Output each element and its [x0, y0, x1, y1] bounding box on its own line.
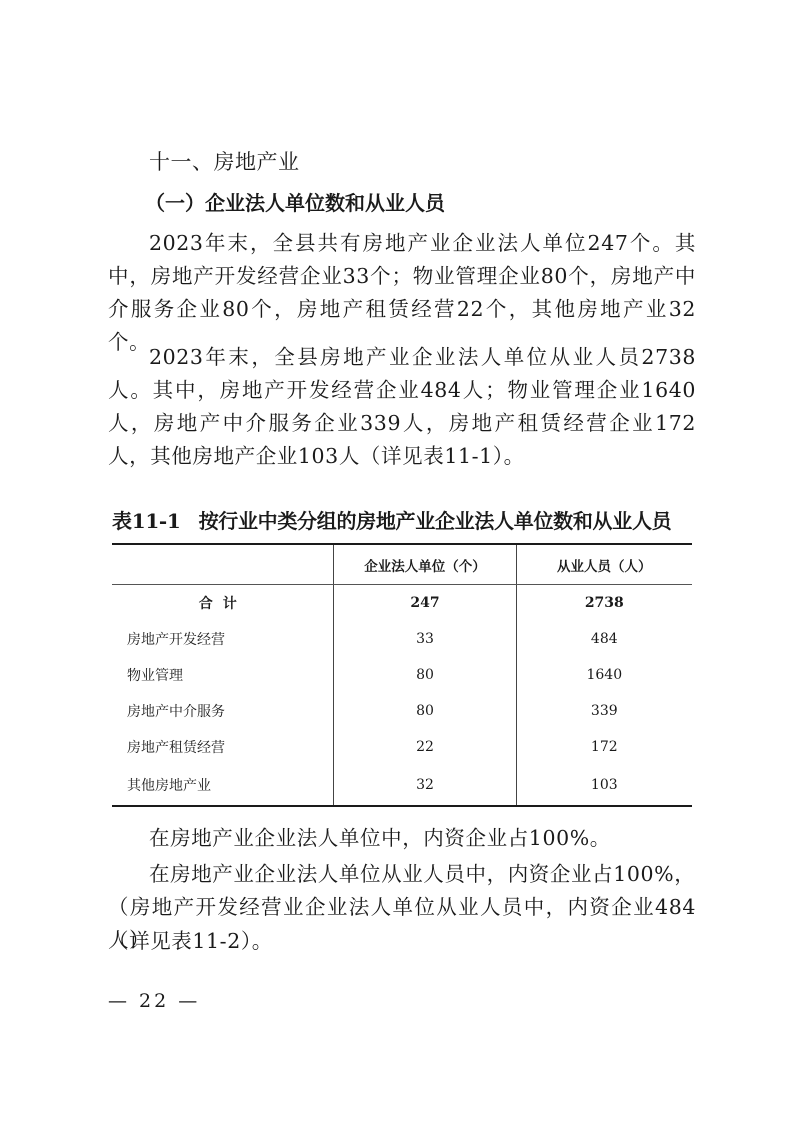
header-category [112, 544, 334, 585]
row-employees: 103 [516, 765, 692, 806]
row-label: 房地产中介服务 [112, 693, 334, 729]
row-units: 22 [334, 729, 516, 765]
total-units: 247 [334, 585, 516, 622]
row-employees: 172 [516, 729, 692, 765]
row-employees: 339 [516, 693, 692, 729]
header-units: 企业法人单位（个） [334, 544, 516, 585]
table-row: 房地产租赁经营 22 172 [112, 729, 692, 765]
table-row: 房地产中介服务 80 339 [112, 693, 692, 729]
industry-table: 企业法人单位（个） 从业人员（人） 合计 247 2738 房地产开发经营 33… [112, 543, 692, 807]
table-header-row: 企业法人单位（个） 从业人员（人） [112, 544, 692, 585]
paragraph-table-reference: （详见表11-2）。 [108, 925, 696, 958]
table-row: 物业管理 80 1640 [112, 657, 692, 693]
subsection-title: （一）企业法人单位数和从业人员 [145, 187, 445, 216]
table-row: 其他房地产业 32 103 [112, 765, 692, 806]
paragraph-employee-count: 2023年末，全县房地产业企业法人单位从业人员2738人。其中，房地产开发经营企… [108, 341, 696, 473]
paragraph-domestic-employees: 在房地产业企业法人单位从业人员中，内资企业占100%， [108, 858, 696, 891]
paragraph-unit-count: 2023年末，全县共有房地产业企业法人单位247个。其中，房地产开发经营企业33… [108, 227, 696, 359]
row-label: 物业管理 [112, 657, 334, 693]
row-label: 其他房地产业 [112, 765, 334, 806]
row-label: 房地产开发经营 [112, 621, 334, 657]
row-employees: 484 [516, 621, 692, 657]
row-units: 33 [334, 621, 516, 657]
table-row-total: 合计 247 2738 [112, 585, 692, 622]
total-employees: 2738 [516, 585, 692, 622]
row-label: 房地产租赁经营 [112, 729, 334, 765]
header-employees: 从业人员（人） [516, 544, 692, 585]
row-employees: 1640 [516, 657, 692, 693]
row-units: 80 [334, 693, 516, 729]
table-row: 房地产开发经营 33 484 [112, 621, 692, 657]
row-units: 32 [334, 765, 516, 806]
row-units: 80 [334, 657, 516, 693]
page-number: — 22 — [108, 990, 200, 1012]
table-caption-title: 按行业中类分组的房地产业企业法人单位数和从业人员 [199, 509, 672, 533]
section-title: 十一、房地产业 [149, 146, 300, 176]
total-label: 合计 [112, 585, 334, 622]
paragraph-domestic-units: 在房地产业企业法人单位中，内资企业占100%。 [108, 822, 696, 855]
table-caption: 表11-1按行业中类分组的房地产业企业法人单位数和从业人员 [112, 505, 671, 534]
table-caption-number: 表11-1 [112, 509, 181, 533]
